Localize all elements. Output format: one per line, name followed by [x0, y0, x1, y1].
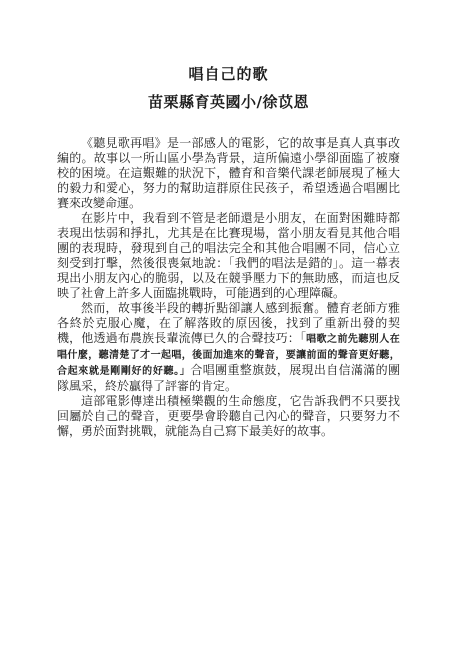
paragraph-4: 這部電影傳達出積極樂觀的生命態度，它告訴我們不只要找回屬於自己的聲音，更要學會聆…	[57, 394, 400, 439]
document-body: 《聽見歌再唱》是一部感人的電影，它的故事是真人真事改編的。故事以一所山區小學為背…	[57, 136, 400, 439]
paragraph-2-text: 在影片中，我看到不管是老師還是小朋友，在面對困難時都表現出怯弱和掙扎，尤其是在比…	[57, 211, 400, 300]
paragraph-4-text: 這部電影傳達出積極樂觀的生命態度，它告訴我們不只要找回屬於自己的聲音，更要學會聆…	[57, 394, 400, 438]
document-page: 唱自己的歌 苗栗縣育英國小/徐苡恩 《聽見歌再唱》是一部感人的電影，它的故事是真…	[0, 0, 458, 648]
document-byline: 苗栗縣育英國小/徐苡恩	[57, 94, 400, 110]
document-title: 唱自己的歌	[57, 66, 400, 82]
paragraph-3: 然而，故事後半段的轉折點卻讓人感到振奮。體育老師方雅各終於克服心魔，在了解落敗的…	[57, 301, 400, 394]
paragraph-2: 在影片中，我看到不管是老師還是小朋友，在面對困難時都表現出怯弱和掙扎，尤其是在比…	[57, 211, 400, 301]
paragraph-1: 《聽見歌再唱》是一部感人的電影，它的故事是真人真事改編的。故事以一所山區小學為背…	[57, 136, 400, 211]
paragraph-1-text: 《聽見歌再唱》是一部感人的電影，它的故事是真人真事改編的。故事以一所山區小學為背…	[57, 136, 400, 210]
